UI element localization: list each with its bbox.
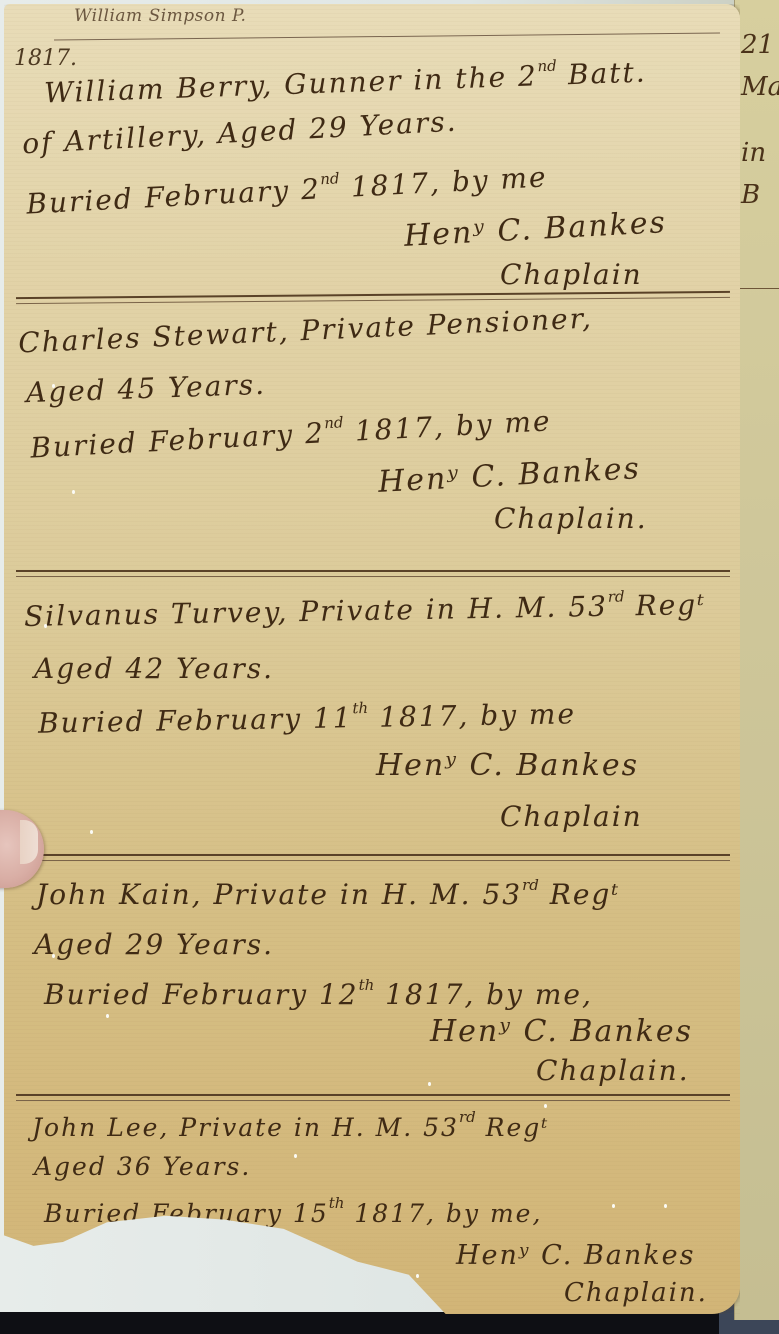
entry-age-line: Aged 42 Years. bbox=[34, 652, 274, 685]
chaplain-title: Chaplain bbox=[500, 258, 643, 291]
adjacent-fragment: 21 bbox=[741, 30, 774, 60]
register-page: William Simpson P. 1817. William Berry, … bbox=[4, 4, 740, 1314]
entry-burial-line: Buried February 12th 1817, by me, bbox=[44, 976, 593, 1011]
previous-entry-fragment: William Simpson P. bbox=[74, 6, 246, 26]
chaplain-signature: Henʸ C. Bankes bbox=[430, 1014, 693, 1049]
entry-name-line: John Kain, Private in H. M. 53rd Regᵗ bbox=[36, 876, 620, 911]
chaplain-title: Chaplain. bbox=[494, 502, 648, 535]
chaplain-signature: Henʸ C. Bankes bbox=[456, 1240, 695, 1271]
chaplain-title: Chaplain bbox=[500, 800, 643, 833]
adjacent-page: 21 Ma in B bbox=[734, 0, 779, 1320]
entry-divider bbox=[16, 1094, 730, 1101]
chaplain-title: Chaplain. bbox=[536, 1054, 690, 1087]
adjacent-fragment: B bbox=[741, 180, 760, 210]
chaplain-signature: Henʸ C. Bankes bbox=[376, 748, 639, 783]
adjacent-fragment: in bbox=[741, 138, 766, 168]
chaplain-title: Chaplain. bbox=[564, 1278, 708, 1308]
entry-name-line: John Lee, Private in H. M. 53rd Regᵗ bbox=[32, 1108, 549, 1142]
entry-divider bbox=[16, 570, 730, 577]
entry-age-line: Aged 29 Years. bbox=[34, 928, 274, 961]
dark-surface bbox=[0, 1312, 779, 1334]
entry-divider bbox=[16, 854, 730, 861]
adjacent-fragment: Ma bbox=[741, 72, 779, 102]
adjacent-rule bbox=[735, 288, 779, 289]
entry-age-line: Aged 36 Years. bbox=[34, 1152, 251, 1181]
margin-year: 1817. bbox=[14, 46, 77, 71]
